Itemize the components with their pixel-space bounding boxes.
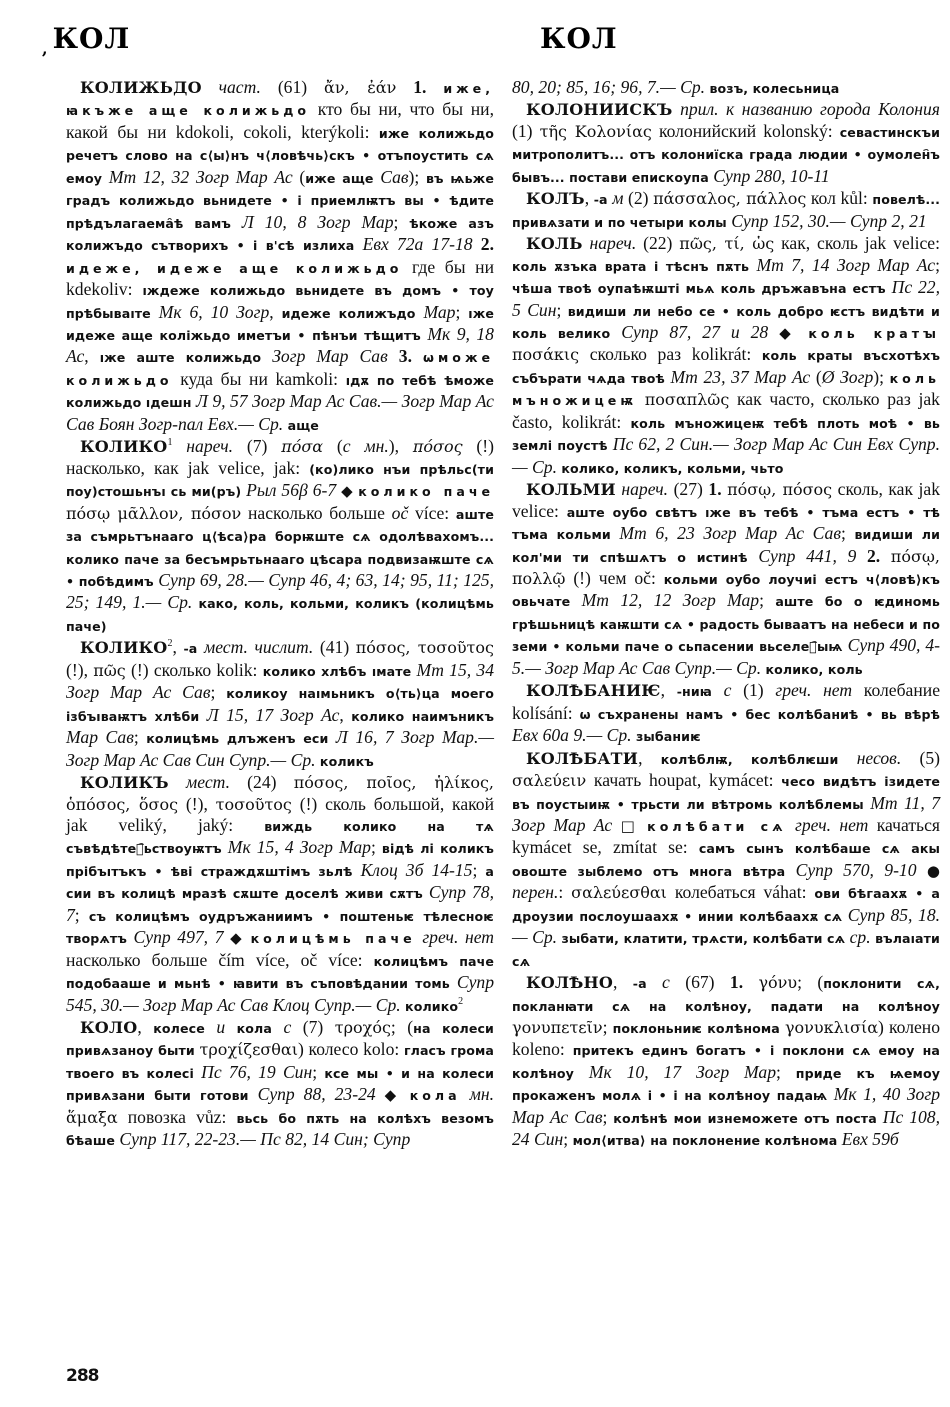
text [639, 815, 647, 835]
church-slavonic-quote: ѡ съхранены намъ • бес колѣбаниѣ • вь вѣ… [580, 707, 940, 722]
text [461, 1084, 470, 1104]
church-slavonic-quote: колико [405, 999, 458, 1014]
text [838, 748, 856, 768]
grammar-label: несов. [857, 748, 902, 768]
church-slavonic-quote: поклоньниѥ колѣнома [613, 1021, 780, 1036]
text [574, 1062, 589, 1082]
source-reference: Супр 87, 27 и 28 [621, 322, 768, 342]
source-reference: Л 10, 8 Зогр Мар [242, 212, 394, 232]
text: oč [392, 503, 409, 523]
source-reference: Сав [380, 167, 408, 187]
text: , [84, 346, 99, 366]
text [199, 705, 206, 725]
section-mark-icon: ◆ [341, 482, 353, 500]
source-reference: Супр 441, 9 [758, 546, 856, 566]
greek-equivalent: τροχός [335, 1018, 391, 1037]
source-reference: Мт 12, 32 Зогр Мар Ас [109, 167, 293, 187]
source-reference: Мк 15, 4 Зогр Мар [228, 837, 371, 857]
text [151, 302, 159, 322]
text: (24) [230, 772, 294, 792]
text: (22) [636, 233, 679, 253]
text: ; [759, 590, 775, 610]
dictionary-entry-kolo: КОЛО, колесе и кола с (7) τροχός; (на ко… [66, 1017, 494, 1152]
text: колебаться váhat: [667, 882, 814, 902]
text: , [339, 705, 351, 725]
text [768, 322, 779, 342]
source-reference: Мт 7, 14 Зогр Мар Ас [757, 255, 936, 275]
sense-number: 3. [399, 346, 412, 366]
text: ( [810, 367, 822, 387]
source-reference: Супр 280, 10-11 [713, 166, 829, 186]
text: ; [371, 837, 382, 857]
grammar-label: мн. [470, 1084, 494, 1104]
source-reference: Л 15, 17 Зогр Ас [207, 705, 340, 725]
grammar-label: мест. числит. [204, 637, 313, 657]
grammar-label: нареч. [186, 436, 233, 456]
text: ) колесо kolo: [298, 1039, 404, 1059]
text: (61) [261, 77, 324, 97]
text: колонийский kolonský: [652, 121, 840, 141]
text: насколько больше čím více, oč více: [66, 950, 374, 970]
headword: КОЛИКЪ [80, 773, 169, 792]
grammar-label: нареч. [590, 233, 637, 253]
section-mark-icon: ◆ [230, 929, 244, 947]
dictionary-entry-koliko1: КОЛИКО1 нареч. (7) πόσα (с мн.), πόσος (… [66, 436, 494, 637]
greek-equivalent: πόσῳ, πόσος [727, 480, 832, 499]
text: ; [472, 860, 485, 880]
grammar-label: м [612, 188, 623, 208]
text: ; [134, 727, 146, 747]
text: , [269, 302, 281, 322]
homonym-index: 2 [458, 996, 463, 1007]
text [231, 212, 242, 232]
grammar-label: и [216, 1017, 225, 1037]
source-reference: Супр 570, 9-10 [796, 860, 917, 880]
source-reference: Зогр Мар Сав [272, 346, 388, 366]
text: как, сколь jak velice: [774, 233, 940, 253]
text: кол kůl: [806, 188, 872, 208]
church-slavonic-quote: иже аще [305, 171, 373, 186]
text [880, 546, 891, 566]
greek-equivalent: πῶς [93, 661, 126, 680]
source-reference: Мар [423, 302, 455, 322]
sense-number: 1. [708, 479, 721, 499]
section-mark-icon: ◆ [779, 324, 797, 342]
church-slavonic-quote: колико, коль [766, 662, 863, 677]
dictionary-entry-kol-adv: КОЛЬ нареч. (22) πῶς, τί, ὡς как, сколь … [512, 233, 940, 479]
grammar-label: ср. [850, 927, 871, 947]
section-mark-icon: ● [927, 862, 940, 880]
text: (1) [512, 121, 540, 141]
church-slavonic-quote: колико наимъникъ [351, 709, 494, 724]
right-column: 80, 20; 85, 16; 96, 7.— Ср. возъ, колесь… [512, 77, 940, 1152]
sense-number: 1. [413, 77, 426, 97]
church-slavonic-quote: колико хлѣбъ ıмате [263, 664, 412, 679]
section-mark-icon: □ [621, 817, 639, 835]
text: ; [603, 1017, 613, 1037]
source-reference: Супр 497, 7 [134, 927, 224, 947]
church-slavonic-quote: возъ, колесьница [709, 81, 839, 96]
text [712, 680, 724, 700]
headword: КОЛѢБАТИ [526, 749, 638, 768]
greek-equivalent: πάσσαλος, πάλλος [653, 189, 806, 208]
text [249, 1084, 258, 1104]
text: ); [409, 167, 426, 187]
dictionary-entry-kolebanie: КОЛѢБАНИѤ, -ниꙗ с (1) греч. нет колебани… [512, 680, 940, 747]
text [647, 972, 662, 992]
headword: КОЛЪ [526, 189, 585, 208]
text: (1) [731, 680, 775, 700]
text: качать houpat, kymácet: [586, 770, 781, 790]
greek-equivalent: ἄν, ἐάν [324, 78, 396, 97]
dictionary-entry-koliko2: КОЛИКО2, -а мест. числит. (41) πόσος, το… [66, 637, 494, 772]
source-reference: Супр 117, 22-23.— Пс 82, 14 Син; Супр [119, 1129, 410, 1149]
text: ; [75, 905, 89, 925]
source-reference: Мк 6, 10 Зогр [159, 302, 270, 322]
source-reference: Клоц 3б 14-15 [361, 860, 473, 880]
dictionary-entry-koloniisk: КОЛОНИИСКЪ прил. к названию города Колон… [512, 99, 940, 188]
grammar-label: нареч. [621, 479, 668, 499]
sense-number: 2. [481, 234, 494, 254]
church-slavonic-phrase: идеже, идеже аще колижьдо [66, 261, 402, 276]
source-reference: Рыл 56β 6-7 [246, 480, 336, 500]
text: ; [210, 682, 226, 702]
church-slavonic-phrase: колико паче [358, 484, 494, 499]
text [917, 860, 927, 880]
source-reference: Мт 12, 12 Зогр Мар [582, 590, 759, 610]
greek-equivalent: πόσα [281, 437, 323, 456]
text: ; ( [391, 1017, 413, 1037]
text: (67) [670, 972, 730, 992]
text: (5) [901, 748, 940, 768]
greek-equivalent: ποσάκις [512, 345, 579, 364]
text: (7) [233, 436, 281, 456]
sense-number: 2. [867, 546, 880, 566]
text: (27) [668, 479, 708, 499]
grammar-label: прил. к названию города Колония [680, 99, 940, 119]
dictionary-entry-kolebati: КОЛѢБАТИ, колѣблѭ, колѣблѥши несов. (5) … [512, 748, 940, 973]
text: ); [873, 367, 889, 387]
text: ; [312, 1062, 324, 1082]
page-number: 288 [66, 1366, 99, 1386]
text: ; [394, 212, 410, 232]
dictionary-entry-kolmi: КОЛЬМИ нареч. (27) 1. πόσῳ, πόσος сколь,… [512, 479, 940, 680]
grammar-label: греч. нет [795, 815, 868, 835]
text [749, 255, 756, 275]
text: ; [602, 1107, 613, 1127]
text [787, 815, 795, 835]
text: , [661, 680, 677, 700]
church-slavonic-quote: -а [633, 976, 647, 991]
text: více: [408, 503, 456, 523]
church-slavonic-quote: коль ѫзъка врата і тѣснъ пѫть [512, 259, 749, 274]
dictionary-entry-koleno: КОЛѢНО, -а с (67) 1. γόνυ; (поклонити сѧ… [512, 972, 940, 1152]
church-slavonic-quote: колѣблѭ, колѣблѥши [661, 752, 839, 767]
text: ; [776, 1062, 796, 1082]
text [197, 637, 204, 657]
source-reference: Супр 88, 23-24 [258, 1084, 376, 1104]
headword: КОЛИКО [80, 638, 167, 657]
dictionary-entry-kolik: КОЛИКЪ мест. (24) πόσος, ποῖος, ἡλίκος, … [66, 772, 494, 1017]
text: (!) чем oč: [565, 568, 663, 588]
text [856, 546, 867, 566]
text [612, 815, 620, 835]
church-slavonic-quote: -а [183, 641, 197, 656]
text: ( [293, 167, 306, 187]
source-reference: Евх 60а 9.— Ср. [512, 725, 632, 745]
greek-equivalent: πόσος [413, 437, 463, 456]
text [473, 234, 481, 254]
text: , [137, 1017, 153, 1037]
headword: КОЛОНИИСКЪ [526, 100, 673, 119]
text [797, 322, 808, 342]
text: (7) [291, 1017, 334, 1037]
margin-mark: , [42, 39, 49, 58]
greek-equivalent: σαλεύειν [512, 771, 586, 790]
church-slavonic-quote: ıже аште колижьдо [100, 350, 261, 365]
grammar-label: греч. нет [422, 927, 494, 947]
church-slavonic-quote: колѣнѣ мои изнеможете отъ поста [613, 1111, 877, 1126]
text [450, 972, 457, 992]
text: (!) сколько kolik: [126, 660, 263, 680]
church-slavonic-quote: -ниꙗ [677, 684, 712, 699]
grammar-label: с мн. [343, 436, 389, 456]
church-slavonic-quote: коликъ [320, 754, 374, 769]
text [102, 167, 109, 187]
text [673, 99, 681, 119]
church-slavonic-quote: идеже колижъдо [282, 306, 416, 321]
grammar-label: с [662, 972, 670, 992]
text: повозка vůz: [118, 1107, 237, 1127]
left-column: КОЛИЖЬДО част. (61) ἄν, ἐάν 1. иже, ꙗкъж… [66, 77, 494, 1152]
text: ; [455, 302, 468, 322]
text [244, 927, 251, 947]
source-reference: Евх 59б [842, 1129, 899, 1149]
church-slavonic-quote: мол⟨итва⟩ на поклонение колѣнома [573, 1133, 838, 1148]
text: ; [556, 300, 567, 320]
headword: КОЛИЖЬДО [80, 78, 202, 97]
text: ), [389, 436, 413, 456]
text: , [172, 637, 183, 657]
text: (41) [313, 637, 355, 657]
greek-equivalent: πόσος, τοσοῦτος [356, 638, 494, 657]
text [583, 233, 590, 253]
greek-equivalent: γονυπετεῖν [512, 1018, 603, 1037]
grammar-label: мест. [186, 772, 230, 792]
text: : [558, 882, 571, 902]
text: куда бы ни kamkoli: [173, 369, 346, 389]
source-reference: 80, 20; 85, 16; 96, 7.— Ср. [512, 77, 705, 97]
text: ( [323, 436, 343, 456]
greek-equivalent: πῶς, τί, ὡς [679, 234, 774, 253]
text: , [585, 188, 594, 208]
text [426, 77, 443, 97]
greek-equivalent: πόσῳ μᾶλλον, πόσον [66, 504, 241, 523]
church-slavonic-phrase: кола [410, 1088, 461, 1103]
text [354, 234, 362, 254]
source-reference: Мар Сав [66, 727, 134, 747]
church-slavonic-quote: зыбаниѥ [636, 729, 701, 744]
greek-equivalent: γόνυ [758, 973, 797, 992]
text [637, 389, 645, 409]
text: , [613, 972, 633, 992]
source-reference: Мт 23, 37 Мар Ас [670, 367, 810, 387]
headword: КОЛѢБАНИѤ [526, 681, 661, 700]
source-reference: Мт 6, 23 Зогр Мар Ас Сав [619, 523, 841, 543]
headword: КОЛИКО [80, 437, 167, 456]
text [570, 590, 581, 610]
dictionary-entry-kol: КОЛЪ, -а м (2) πάσσαλος, πάλλος кол kůl:… [512, 188, 940, 233]
text [743, 972, 758, 992]
text [396, 77, 413, 97]
text [205, 1017, 216, 1037]
text: (2) [623, 188, 653, 208]
section-mark-icon: ◆ [385, 1086, 401, 1104]
headword: КОЛЬ [526, 234, 583, 253]
source-reference: Супр 152, 30.— Супр 2, 21 [731, 211, 926, 231]
source-reference: Мк 10, 17 Зогр Мар [589, 1062, 776, 1082]
text [261, 346, 272, 366]
text: (!), [178, 794, 216, 814]
text [225, 1017, 236, 1037]
church-slavonic-quote: чѣша твоѣ оупаѣѭшті мьѧ коль дръжавъна е… [512, 281, 886, 296]
text: ; [935, 255, 940, 275]
running-head-left: ,КОЛ [42, 22, 130, 58]
church-slavonic-phrase: колицѣмь паче [251, 931, 416, 946]
greek-equivalent: σαλεύεσθαι [571, 883, 667, 902]
text [272, 1017, 283, 1037]
church-slavonic-quote: зыбати, клатити, трѧсти, колѣбати сѧ [561, 931, 845, 946]
text [748, 546, 759, 566]
text: ; [563, 1129, 572, 1149]
greek-equivalent: τῆς Κολονίας [540, 122, 652, 141]
church-slavonic-phrase: колѣбати сѧ [647, 819, 786, 834]
text: (!), [66, 660, 93, 680]
text [376, 1084, 385, 1104]
grammar-label: част. [219, 77, 261, 97]
greek-equivalent: ποσαπλῶς [645, 390, 730, 409]
sense-number: 1. [730, 972, 743, 992]
source-reference: Пс 76, 19 Син [201, 1062, 312, 1082]
church-slavonic-quote: -а [594, 192, 608, 207]
source-reference: Ø Зогр [822, 367, 874, 387]
dictionary-entry-kolizhdo: КОЛИЖЬДО част. (61) ἄν, ἐάν 1. иже, ꙗкъж… [66, 77, 494, 436]
source-reference: Евх 72а 17-18 [363, 234, 473, 254]
dictionary-entry-kolo-cont: 80, 20; 85, 16; 96, 7.— Ср. возъ, колесь… [512, 77, 940, 99]
text [401, 1084, 410, 1104]
text: ; [841, 523, 855, 543]
headword: КОЛѢНО [526, 973, 613, 992]
text [328, 727, 336, 747]
grammar-label: греч. нет [775, 680, 852, 700]
running-head-right: КОЛ [540, 22, 618, 55]
text [412, 346, 423, 366]
church-slavonic-quote: кола [237, 1021, 272, 1036]
text: , [638, 748, 661, 768]
greek-equivalent: ἅμαξα [66, 1108, 118, 1127]
running-head-left-text: КОЛ [53, 22, 131, 55]
text [127, 927, 134, 947]
text [785, 860, 795, 880]
church-slavonic-quote: колико, коликъ, кольми, чьто [561, 461, 783, 476]
text [610, 322, 621, 342]
text: ; ( [797, 972, 823, 992]
greek-equivalent: τοσοῦτος [216, 795, 292, 814]
text [353, 860, 361, 880]
text: сколько раз kolikrát: [579, 344, 762, 364]
church-slavonic-quote: колесе [153, 1021, 205, 1036]
text [169, 772, 186, 792]
church-slavonic-quote: колицѣмь длъженъ еси [146, 731, 328, 746]
text [172, 436, 186, 456]
headword: КОЛЬМИ [526, 480, 616, 499]
text: насколько больше [241, 503, 391, 523]
church-slavonic-phrase: коль кратꙑ [808, 326, 940, 341]
text [388, 346, 399, 366]
church-slavonic-quote: аще [288, 418, 319, 433]
grammar-label: перен. [512, 882, 558, 902]
greek-equivalent: γονυκλισία [785, 1018, 878, 1037]
headword: КОЛО [80, 1018, 137, 1037]
text [202, 77, 219, 97]
greek-equivalent: τροχίζεσθαι [200, 1040, 298, 1059]
